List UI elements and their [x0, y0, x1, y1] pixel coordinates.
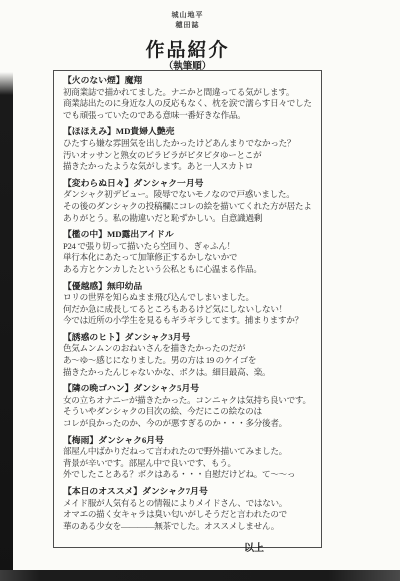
section-heading: 【優越感】無印幼品 — [63, 281, 312, 293]
section-line: メイド服が人気有るとの情報によりメイドさん、ではない。 — [63, 498, 312, 510]
work-section: 【檻の中】MD露出アイドル P24 で張り切って描いたら空回り、ぎゃふん！単行本… — [63, 229, 312, 275]
section-line: 単行本化にあたって加筆修正するかしないかで — [63, 252, 312, 264]
section-line: 背景が辛いです。部屋ん中で良いです、もう。 — [63, 458, 312, 470]
work-section: 【ほほえみ】MD貴婦人艶売 ひたすら嫌な雰囲気を出したかったけどあんまりでなかっ… — [63, 126, 312, 172]
section-line: その後のダンシャクの投稿欄にコレの絵を描いてくれた方が居たよ — [63, 201, 312, 213]
section-line: 商業誌出たのに身近な人の反応もなく、枕を涙で濡らす日々でした — [63, 98, 312, 110]
work-section: 【隣の晩ゴハン】ダンシャク5月号 女の立ちオナニーが描きたかった。コンニャクは気… — [63, 383, 312, 429]
work-section: 【変わらぬ日々】ダンシャク一月号 ダンシャク初デビュー。陵辱でないモノなので戸惑… — [63, 178, 312, 224]
section-heading: 【火のない煙】魔翔 — [63, 75, 312, 87]
handwritten-note-line1: 城山地平 — [53, 11, 322, 21]
section-line: 描きたかったんじゃないかな、ボクは。細目最高、楽。 — [63, 367, 312, 379]
handwritten-note-line2: 穂田誌 — [53, 21, 322, 31]
handwritten-note: 城山地平 穂田誌 — [53, 11, 322, 30]
works-intro-box: 【火のない煙】魔翔 初商業誌で描かれてました。ナニかと間違ってる気がします。商業… — [53, 70, 322, 548]
section-heading: 【梅雨】ダンシャク6月号 — [63, 435, 312, 447]
section-line: ロリの世界を知らぬまま飛び込んでしまいました。 — [63, 292, 312, 304]
section-heading: 【本日のオススメ】ダンシャク7月号 — [63, 486, 312, 498]
section-heading: 【ほほえみ】MD貴婦人艶売 — [63, 126, 312, 138]
work-section: 【本日のオススメ】ダンシャク7月号 メイド服が人気有るとの情報によりメイドさん、… — [63, 486, 312, 532]
section-line: P24 で張り切って描いたら空回り、ぎゃふん！ — [63, 241, 312, 253]
closing-text: 以上 — [63, 539, 312, 554]
section-line: 汚いオッサンと熟女のビラビラがピタピタゆーとこが — [63, 150, 312, 162]
scanned-page: 城山地平 穂田誌 作品紹介 （執筆順） 【火のない煙】魔翔 初商業誌で描かれてま… — [0, 0, 400, 581]
section-line: 初商業誌で描かれてました。ナニかと間違ってる気がします。 — [63, 87, 312, 99]
work-section: 【誘惑のヒト】ダンシャク3月号 色気ムンムンのおねいさんを描きたかったのだがあ〜… — [63, 332, 312, 378]
section-line: 部屋ん中ばかりだねって言われたので野外描いてみました。 — [63, 446, 312, 458]
section-line: 女の立ちオナニーが描きたかった。コンニャクは気持ち良いです。 — [63, 395, 312, 407]
section-line: 今では近所の小学生を見るもギラギラしてます。捕まりますか？ — [63, 315, 312, 327]
section-line: でも頑張っていたのである意味一番好きな作品。 — [63, 110, 312, 122]
section-line: そういやダンシャクの目次の絵、今だにこの絵なのは — [63, 406, 312, 418]
scan-border-bottom — [0, 570, 400, 581]
section-line: 外でしたことある？ボクはある・・・自慰だけどね。て〜〜っ — [63, 469, 312, 481]
work-section: 【火のない煙】魔翔 初商業誌で描かれてました。ナニかと間違ってる気がします。商業… — [63, 75, 312, 121]
section-heading: 【隣の晩ゴハン】ダンシャク5月号 — [63, 383, 312, 395]
section-line: ひたすら嫌な雰囲気を出したかったけどあんまりでなかった？ — [63, 138, 312, 150]
section-heading: 【檻の中】MD露出アイドル — [63, 229, 312, 241]
section-line: 描きたかったような気がします。あと一人スカトロ — [63, 161, 312, 173]
scan-border-left — [0, 0, 13, 581]
section-line: ある方とケンカしたという公私ともに心温まる作品。 — [63, 264, 312, 276]
section-heading: 【変わらぬ日々】ダンシャク一月号 — [63, 178, 312, 190]
section-line: ダンシャク初デビュー。陵辱でないモノなので戸惑いました。 — [63, 189, 312, 201]
section-heading: 【誘惑のヒト】ダンシャク3月号 — [63, 332, 312, 344]
section-line: 華のある少女を――――無茶でした。オススメしません。 — [63, 521, 312, 533]
section-line: 何だか急に成長してるところもあるけど気にしないしない！ — [63, 304, 312, 316]
section-line: ありがとう。私の勘違いだと恥ずかしい。自意識過剰 — [63, 213, 312, 225]
work-section: 【梅雨】ダンシャク6月号 部屋ん中ばかりだねって言われたので野外描いてみました。… — [63, 435, 312, 481]
section-line: 色気ムンムンのおねいさんを描きたかったのだが — [63, 343, 312, 355]
section-line: オマエの描く女キャラは臭い匂いがしそうだと言われたので — [63, 509, 312, 521]
section-line: あ〜ゆ〜感じになりました。男の方は 19 のケイゴを — [63, 355, 312, 367]
work-section: 【優越感】無印幼品 ロリの世界を知らぬまま飛び込んでしまいました。何だか急に成長… — [63, 281, 312, 327]
section-line: コレが良かったのか、今のが悪すぎるのか・・・多分後者。 — [63, 418, 312, 430]
